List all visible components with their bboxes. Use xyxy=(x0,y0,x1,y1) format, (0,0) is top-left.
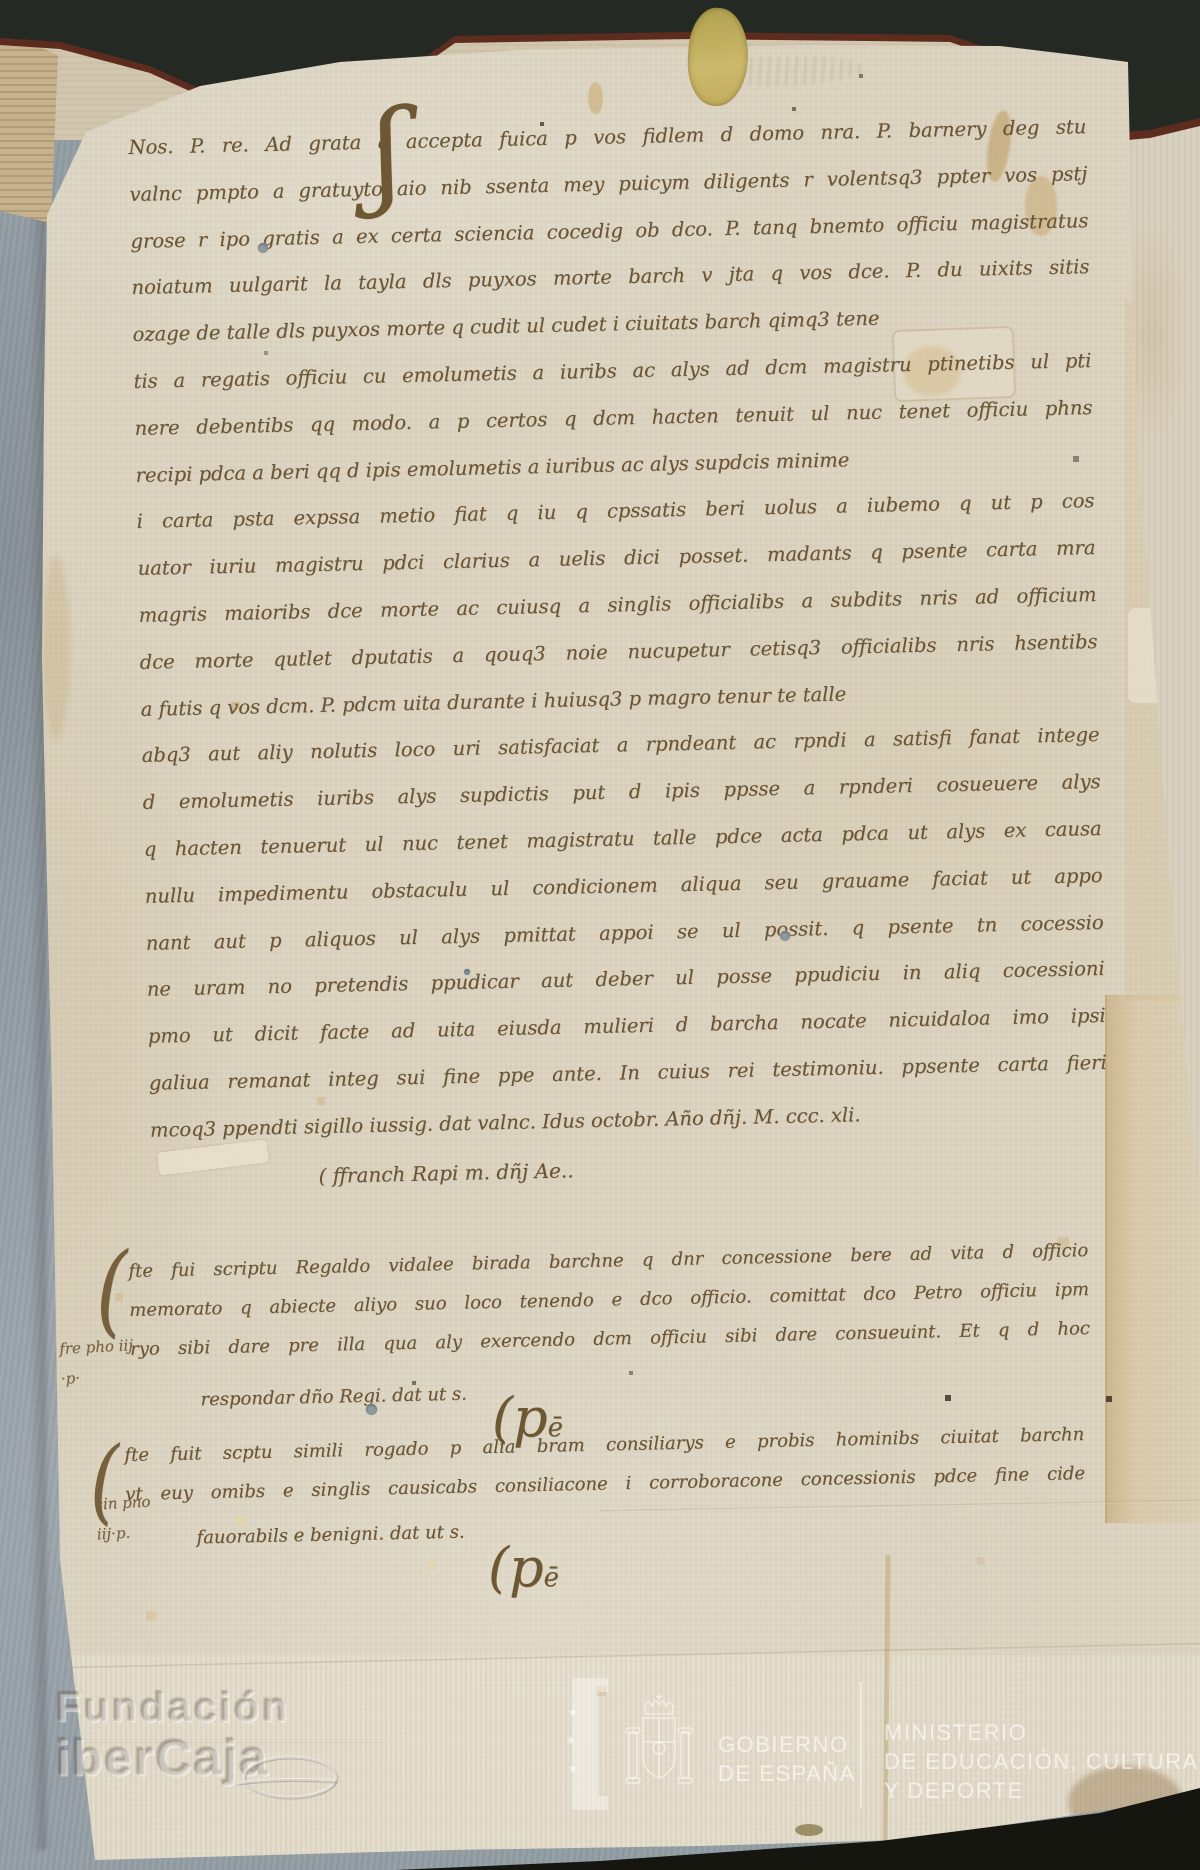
gobierno-line2: DE ESPAÑA xyxy=(718,1759,856,1788)
gobierno-line1: GOBIERNO xyxy=(718,1730,856,1759)
flag-star-icon: ★ xyxy=(568,1762,578,1775)
watermark-divider-line xyxy=(860,1682,862,1808)
note1-bracket: ( xyxy=(96,1240,127,1340)
paraph-mark-2: (pē xyxy=(488,1536,559,1599)
margin-note-line: ·p· xyxy=(60,1360,135,1394)
debris-on-dark-band xyxy=(795,1824,823,1836)
margin-note-2: sin pnoiij·p. xyxy=(94,1487,152,1550)
stain-left-edge xyxy=(42,555,70,740)
archival-manuscript-scan: ʃ Nos. P. re. Ad grata a accepta fuica p… xyxy=(0,0,1200,1870)
flag-star-icon: ★ xyxy=(566,1734,576,1747)
note1-closing-line: respondar dño Regi. dat ut s. xyxy=(128,1361,1087,1421)
ibercaja-logo-icon xyxy=(235,1748,340,1808)
margin-note-1: fre pho iij·p· xyxy=(58,1330,135,1394)
pinhole xyxy=(464,969,470,975)
ministerio-line1: MINISTERIO xyxy=(884,1718,1199,1747)
ibercaja-watermark-line1: Fundación xyxy=(56,1684,290,1731)
chancery-signature: ( ffranch Rapi m. dñj Ae.. xyxy=(128,1139,1087,1200)
wormhole xyxy=(258,243,268,253)
manuscript-page: ʃ Nos. P. re. Ad grata a accepta fuica p… xyxy=(0,0,1200,1870)
margin-note-line: iij·p. xyxy=(96,1517,153,1550)
stain-drip-top-center xyxy=(588,82,603,114)
margin-note-line: fre pho iij xyxy=(58,1330,133,1364)
gobierno-watermark-text: GOBIERNO DE ESPAÑA xyxy=(718,1730,856,1788)
wormhole xyxy=(366,1404,377,1415)
wormhole xyxy=(780,931,790,941)
stain-right-band-lower xyxy=(1105,995,1200,1523)
ministerio-watermark-text: MINISTERIO DE EDUCACIÓN, CULTURA Y DEPOR… xyxy=(884,1718,1199,1805)
ministerio-line3: Y DEPORTE xyxy=(884,1776,1199,1805)
charter-text-block: Nos. P. re. Ad grata a accepta fuica p v… xyxy=(128,104,1108,1154)
ministerio-line2: DE EDUCACIÓN, CULTURA xyxy=(884,1747,1199,1776)
page-left-shadow xyxy=(30,120,46,1850)
flag-star-icon: ★ xyxy=(568,1706,578,1719)
margin-note-line: sin pno xyxy=(94,1487,151,1520)
book-page-stack-edge xyxy=(0,28,58,223)
registration-note-1: fte fui scriptu Regaldo vidalee birada b… xyxy=(128,1231,1090,1369)
spain-coat-of-arms-icon xyxy=(615,1692,703,1796)
